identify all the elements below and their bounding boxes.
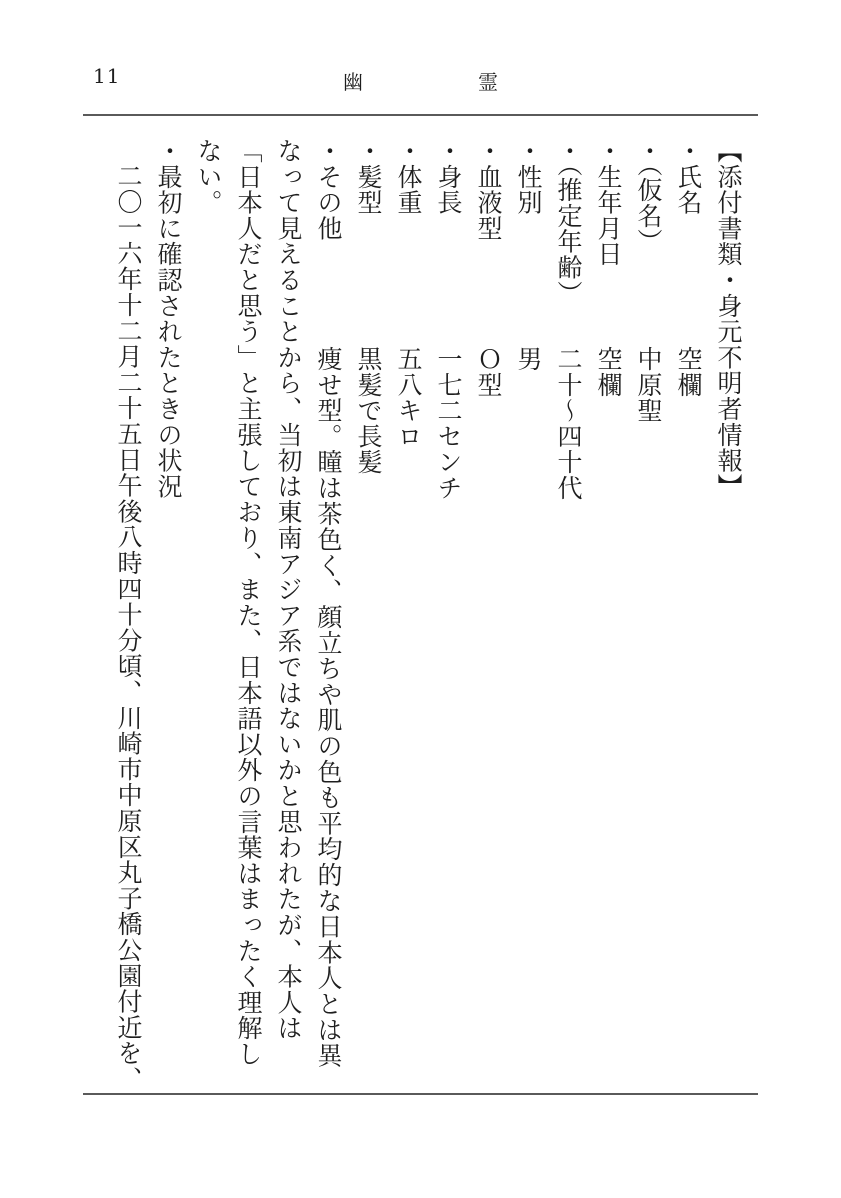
page-number: 11	[93, 64, 120, 88]
field-blood-type-label: ・血液型	[476, 138, 501, 346]
running-title: 幽 霊	[343, 66, 498, 95]
book-page: 11 幽 霊 【添付書類・身元不明者情報】 ・氏名空欄 ・（仮名）中原聖 ・生年…	[0, 0, 841, 1198]
field-estimated-age-value: 二十〜四十代	[554, 346, 583, 501]
field-name-value: 空欄	[674, 346, 703, 398]
field-other-value-line-1: 痩せ型。瞳は茶色く、顔立ちや肌の色も平均的な日本人とは異	[314, 346, 343, 1068]
top-rule	[83, 114, 758, 116]
running-title-char-2: 霊	[478, 66, 498, 95]
situation-paragraph-line-1: 二〇一六年十二月二十五日午後八時四十分頃、川崎市中原区丸子橋公園付近を、	[116, 138, 141, 1090]
field-sex-label: ・性別	[516, 138, 541, 346]
attachment-document: 【添付書類・身元不明者情報】 ・氏名空欄 ・（仮名）中原聖 ・生年月日空欄 ・（…	[101, 138, 741, 1090]
field-birthdate-value: 空欄	[594, 346, 623, 398]
attachment-heading: 【添付書類・身元不明者情報】	[716, 138, 741, 1090]
bottom-rule	[83, 1093, 758, 1095]
field-alias-value: 中原聖	[634, 346, 663, 423]
field-weight-value: 五八キロ	[394, 346, 423, 449]
running-title-char-1: 幽	[343, 66, 363, 95]
field-alias-label: ・（仮名）	[636, 138, 661, 346]
field-birthdate: ・生年月日空欄	[596, 138, 621, 1090]
field-other-value-line-3: 「日本人だと思う」と主張しており、また、日本語以外の言葉はまったく理解し	[236, 138, 261, 1090]
field-sex: ・性別男	[516, 138, 541, 1090]
field-other-value-line-4: ない。	[196, 138, 221, 1090]
field-birthdate-label: ・生年月日	[596, 138, 621, 346]
field-weight: ・体重五八キロ	[396, 138, 421, 1090]
field-name-label: ・氏名	[676, 138, 701, 346]
field-hair-label: ・髪型	[356, 138, 381, 346]
field-other-value-line-2: なって見えることから、当初は東南アジア系ではないかと思われたが、本人は	[276, 138, 301, 1090]
field-blood-type-value: Ｏ型	[474, 346, 503, 398]
field-weight-label: ・体重	[396, 138, 421, 346]
field-hair: ・髪型黒髪で長髪	[356, 138, 381, 1090]
field-height: ・身長一七二センチ	[436, 138, 461, 1090]
field-hair-value: 黒髪で長髪	[354, 346, 383, 475]
field-estimated-age: ・（推定年齢）二十〜四十代	[556, 138, 581, 1090]
field-sex-value: 男	[514, 346, 543, 372]
field-alias: ・（仮名）中原聖	[636, 138, 661, 1090]
field-other: ・その他痩せ型。瞳は茶色く、顔立ちや肌の色も平均的な日本人とは異	[316, 138, 341, 1090]
field-height-value: 一七二センチ	[434, 346, 463, 501]
field-name: ・氏名空欄	[676, 138, 701, 1090]
page-header: 11 幽 霊	[83, 62, 758, 94]
situation-heading: ・最初に確認されたときの状況	[156, 138, 181, 1090]
field-blood-type: ・血液型Ｏ型	[476, 138, 501, 1090]
field-estimated-age-label: ・（推定年齢）	[556, 138, 581, 346]
field-height-label: ・身長	[436, 138, 461, 346]
field-other-label: ・その他	[316, 138, 341, 346]
